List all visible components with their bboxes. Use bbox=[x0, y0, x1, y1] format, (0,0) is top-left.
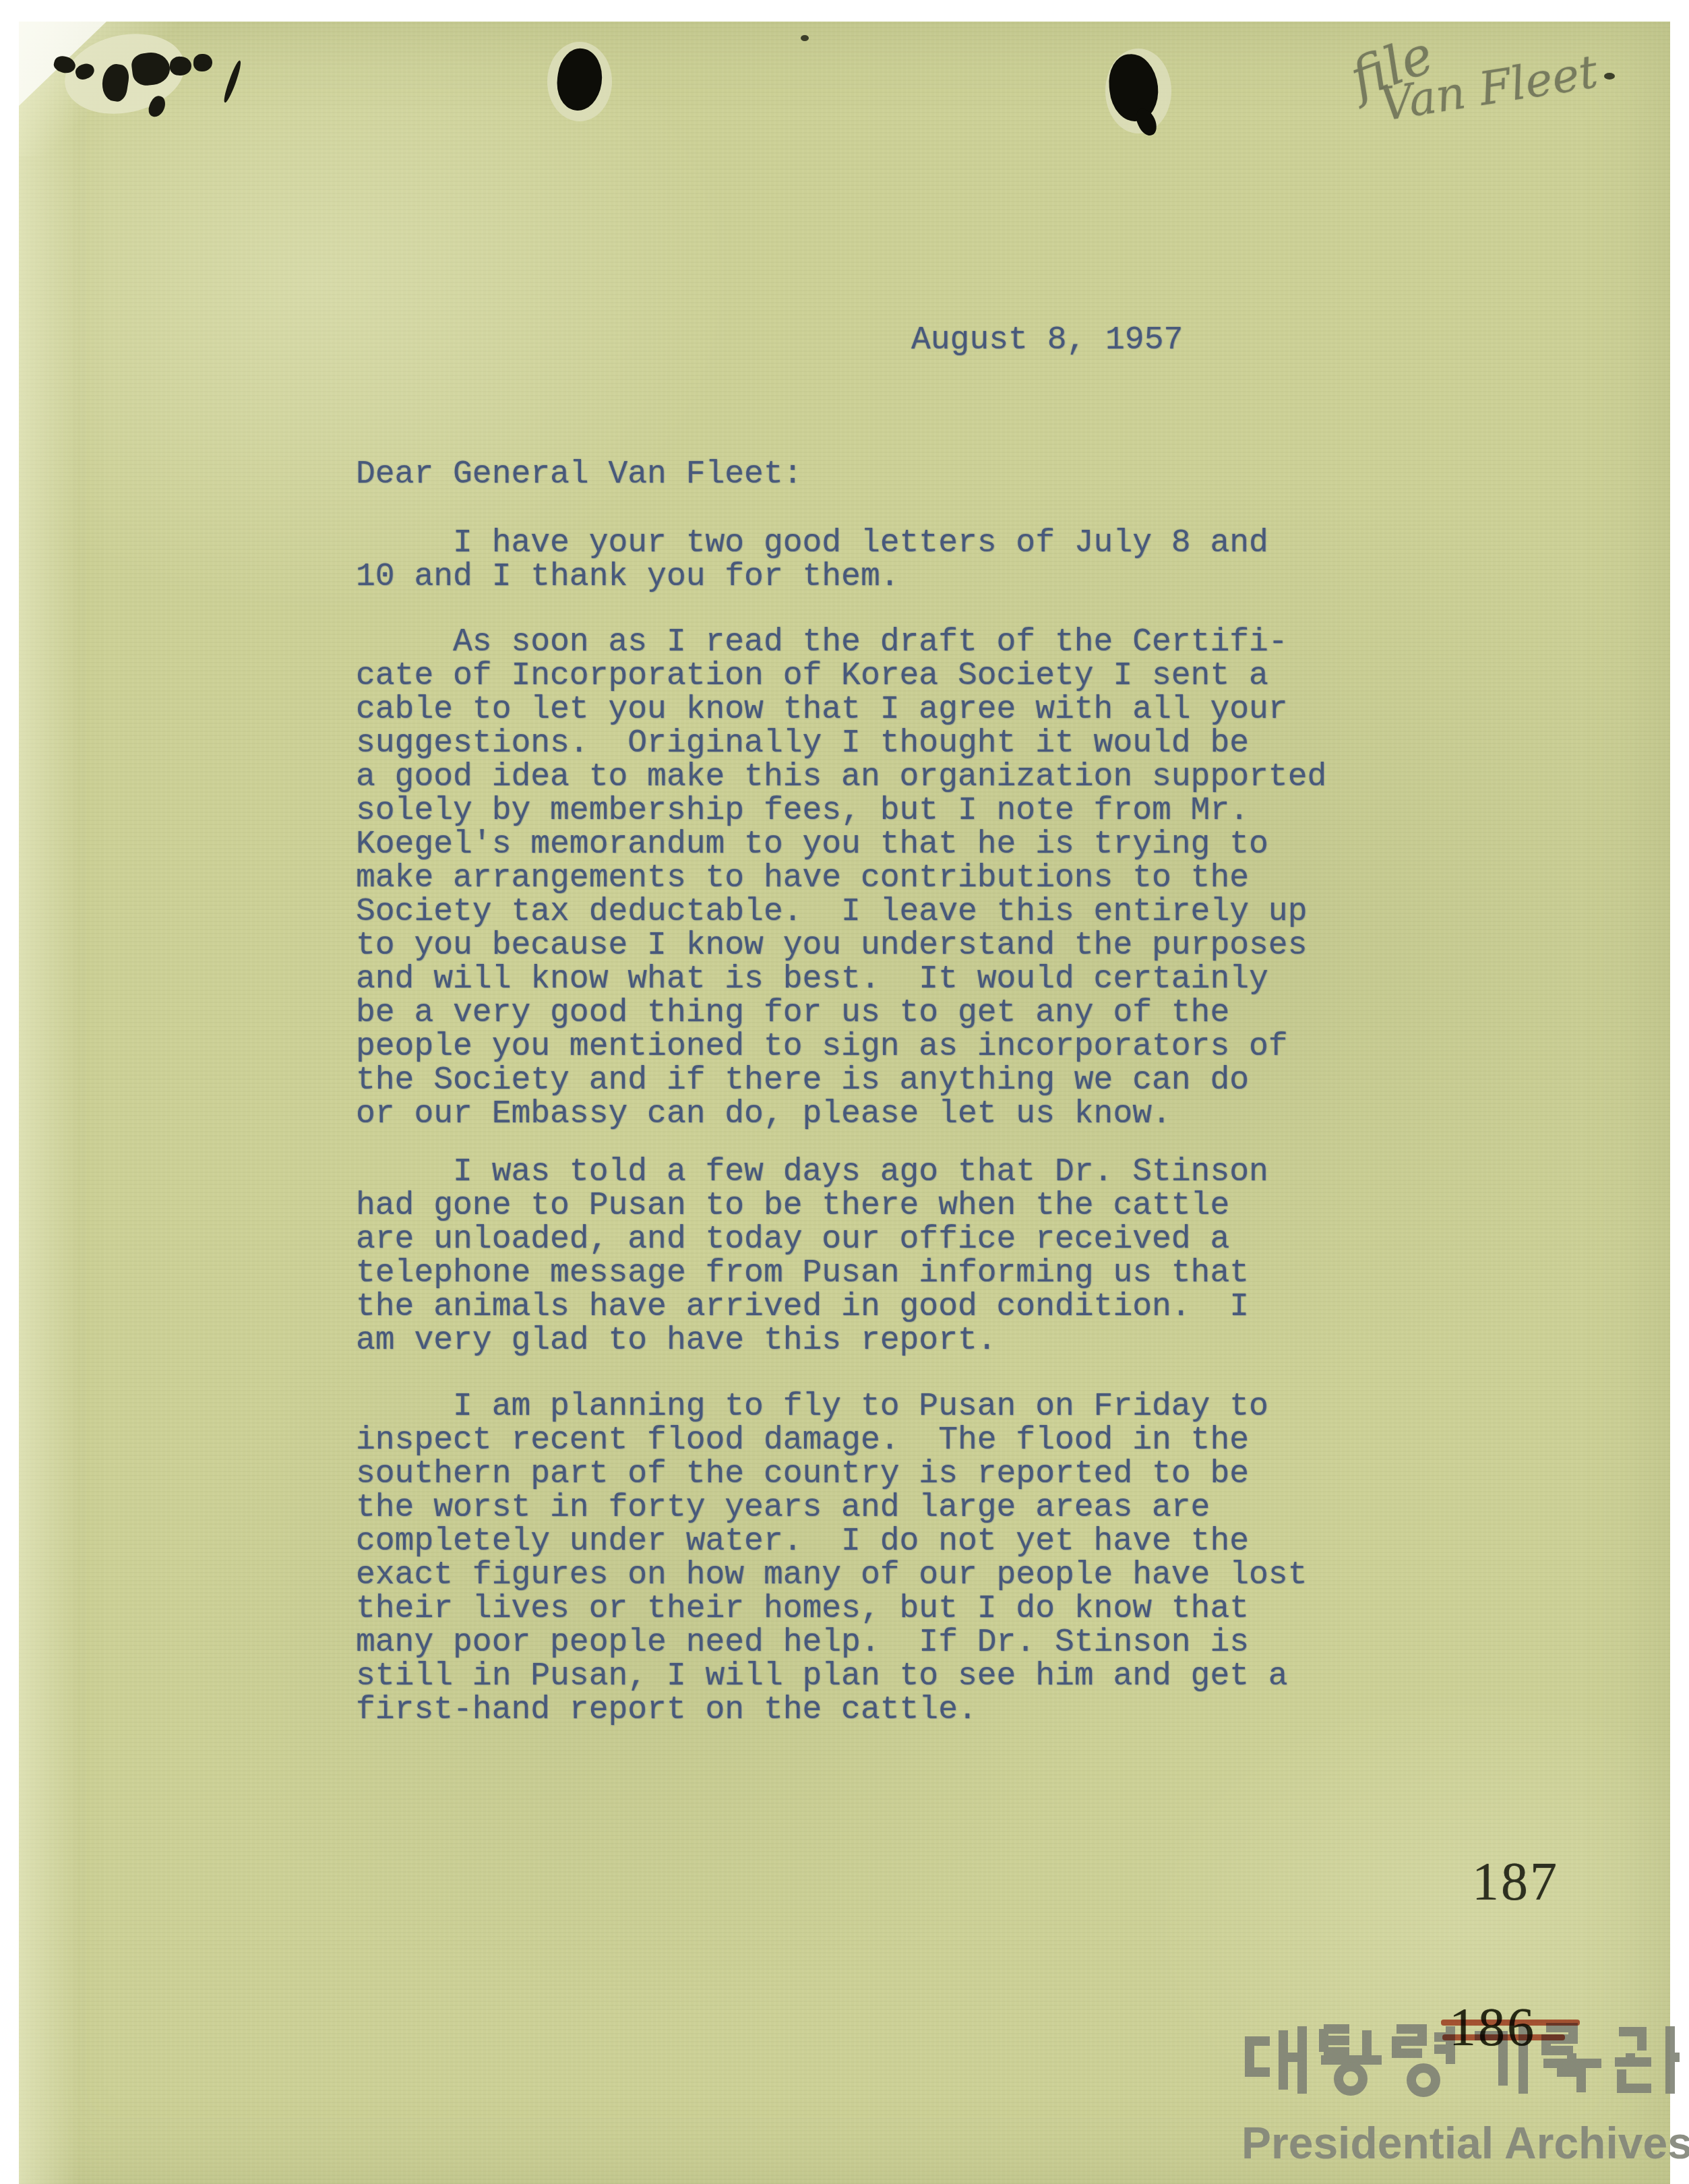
letter-date-line: August 8, 1957 bbox=[911, 324, 1183, 357]
watermark-english: Presidential Archives bbox=[1241, 2121, 1689, 2165]
scan-light-band bbox=[19, 22, 80, 2184]
letter-paragraph: As soon as I read the draft of the Certi… bbox=[356, 626, 1326, 1131]
letter-paragraph: I have your two good letters of July 8 a… bbox=[356, 526, 1268, 594]
page-number-187: 187 bbox=[1472, 1855, 1559, 1909]
scanned-letter-page: file Van Fleet August 8, 1957 Dear Gener… bbox=[0, 0, 1689, 2184]
red-strike-line bbox=[1441, 2020, 1580, 2026]
letter-paragraph: I am planning to fly to Pusan on Friday … bbox=[356, 1390, 1307, 1727]
letter-salutation: Dear General Van Fleet: bbox=[356, 458, 803, 491]
page-number-186-crossed: 186 bbox=[1449, 2001, 1536, 2055]
red-strike-line bbox=[1442, 2034, 1565, 2040]
letter-paragraph: I was told a few days ago that Dr. Stins… bbox=[356, 1155, 1268, 1358]
